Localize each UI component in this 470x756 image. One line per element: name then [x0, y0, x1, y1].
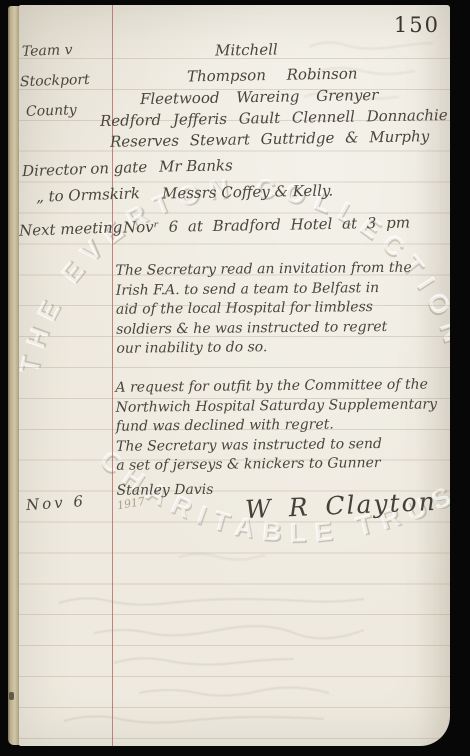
team-sheet-row: Mitchell	[215, 40, 278, 59]
paragraph-line: our inability to do so.	[116, 336, 450, 359]
margin-note-to-ormskirk: „ to Ormskirk	[36, 184, 140, 206]
paragraph-line: a set of jerseys & knickers to Gunner	[116, 453, 450, 476]
ledger-page: THE EVERTON COLLECTION THE EVERTON COLLE…	[19, 5, 450, 746]
margin-note-county: County	[26, 102, 77, 120]
entry-meeting-value: Novʳ 6 at Bradford Hotel at 3 pm	[123, 213, 410, 236]
minute-paragraph-northwich: A request for outfit by the Committee of…	[115, 375, 450, 501]
minute-paragraph-irish-fa: The Secretary read an invitation from th…	[115, 258, 450, 359]
margin-note-director-gate: Director on gate	[22, 158, 148, 180]
entry-gate-value: Mr Banks	[159, 156, 233, 175]
margin-note-team-v: Team v	[22, 42, 73, 60]
team-sheet-row: Fleetwood Wareing Grenyer	[140, 86, 379, 108]
page-number: 150	[394, 13, 440, 37]
margin-note-stockport: Stockport	[20, 72, 90, 90]
margin-date-note: Nov 6	[25, 492, 86, 514]
binding-notch	[9, 692, 14, 700]
margin-note-next-meeting: Next meeting	[19, 218, 123, 240]
team-sheet-row: Reserves Stewart Guttridge & Murphy	[110, 127, 429, 151]
entry-ormskirk-value: Messrs Coffey & Kelly.	[162, 182, 333, 203]
paragraph-line: The Secretary read an invitation from th…	[115, 258, 450, 281]
paragraph-line: Northwich Hospital Saturday Supplementar…	[116, 395, 450, 418]
team-sheet-row: Redford Jefferis Gault Clennell Donnachi…	[100, 106, 448, 130]
minute-book-photo: THE EVERTON COLLECTION THE EVERTON COLLE…	[0, 0, 470, 756]
team-sheet-row: Thompson Robinson	[187, 65, 358, 86]
